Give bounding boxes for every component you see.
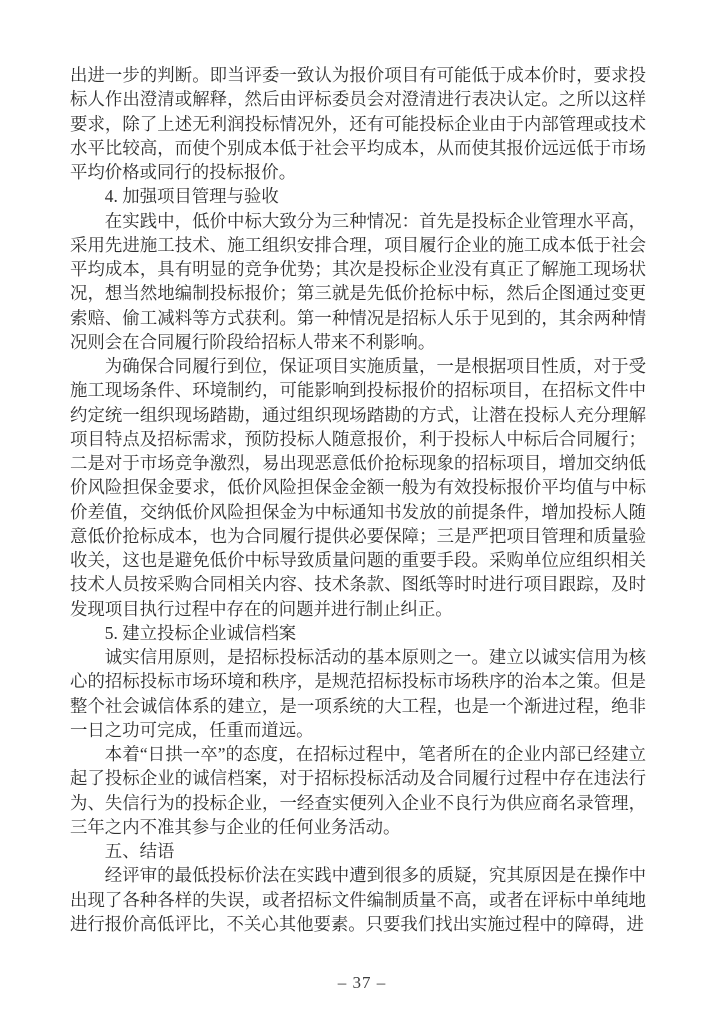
paragraph: 在实践中，低价中标大致分为三种情况：首先是投标企业管理水平高，采用先进施工技术、… [70, 209, 646, 355]
paragraph: 诚实信用原则，是招标投标活动的基本原则之一。建立以诚实信用为核心的招标投标市场环… [70, 645, 646, 742]
section-heading: 5. 建立投标企业诚信档案 [70, 621, 646, 645]
paragraph: 出进一步的判断。即当评委一致认为报价项目有可能低于成本价时，要求投标人作出澄清或… [70, 63, 646, 184]
section-heading: 4. 加强项目管理与验收 [70, 184, 646, 208]
paragraph: 经评审的最低投标价法在实践中遭到很多的质疑，究其原因是在操作中出现了各种各样的失… [70, 863, 646, 936]
paragraph: 为确保合同履行到位，保证项目实施质量，一是根据项目性质，对于受施工现场条件、环境… [70, 354, 646, 621]
document-page: 出进一步的判断。即当评委一致认为报价项目有可能低于成本价时，要求投标人作出澄清或… [0, 0, 724, 1024]
page-number: – 37 – [0, 972, 724, 994]
paragraph: 本着“日拱一卒”的态度，在招标过程中，笔者所在的企业内部已经建立起了投标企业的诚… [70, 742, 646, 839]
section-heading: 五、结语 [70, 839, 646, 863]
document-body: 出进一步的判断。即当评委一致认为报价项目有可能低于成本价时，要求投标人作出澄清或… [70, 63, 646, 936]
